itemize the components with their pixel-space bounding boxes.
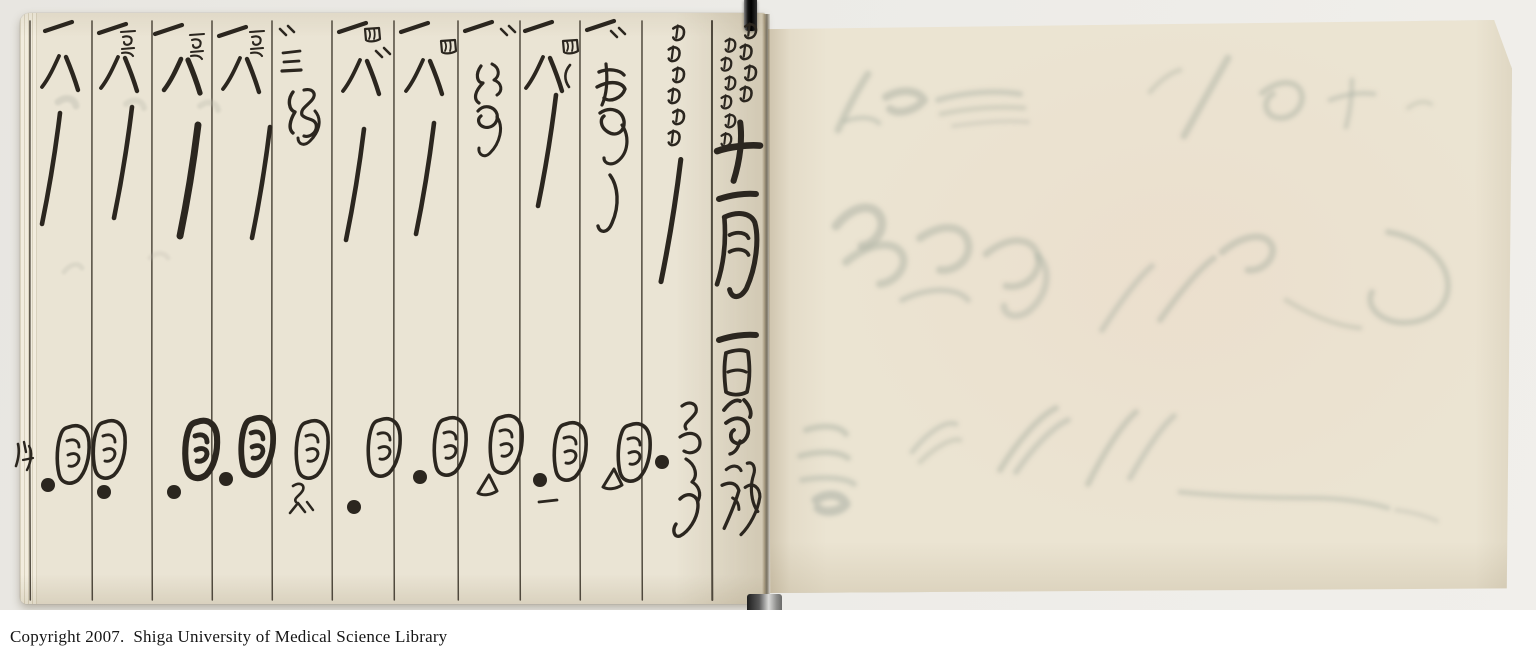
manuscript-right-page <box>768 20 1512 593</box>
manuscript-left-page <box>20 13 765 604</box>
photo-scene: Copyright 2007. Shiga University of Medi… <box>0 0 1536 655</box>
stand-rod-top <box>744 0 757 31</box>
copyright-text: Copyright 2007. Shiga University of Medi… <box>10 627 447 647</box>
book-gutter <box>762 14 770 600</box>
caption-bar: Copyright 2007. Shiga University of Medi… <box>0 610 1536 655</box>
